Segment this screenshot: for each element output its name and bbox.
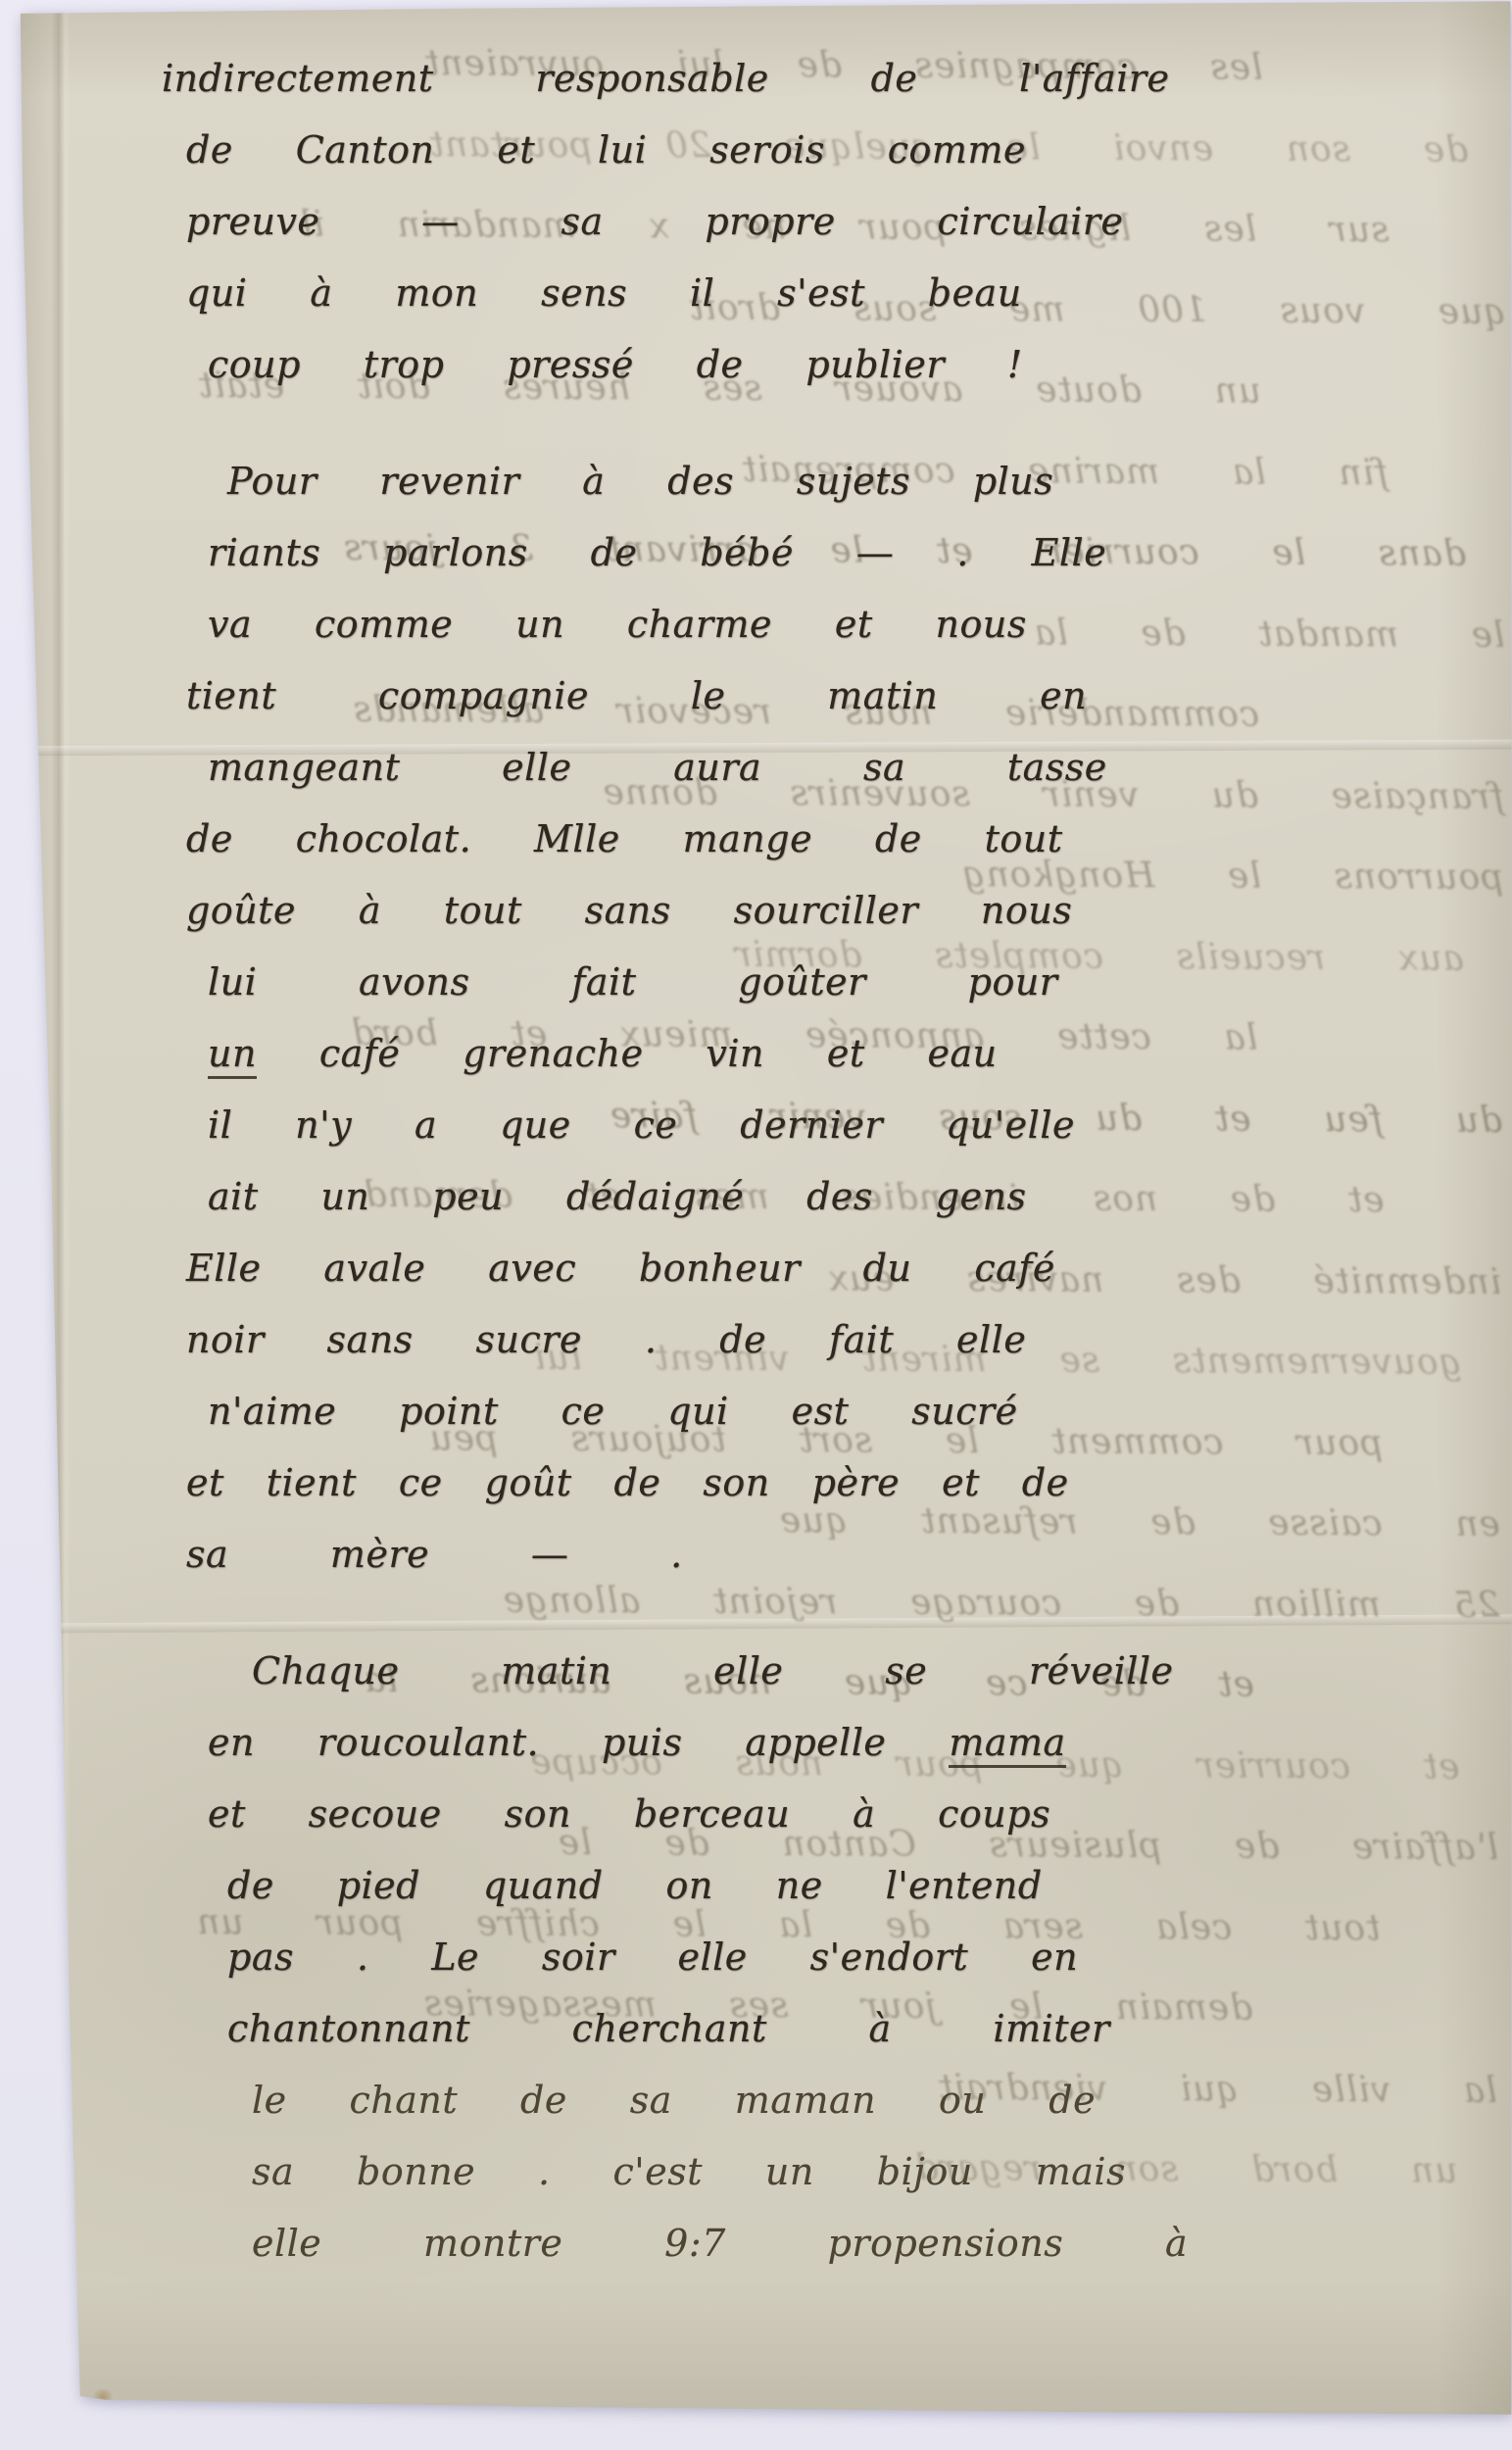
handwriting-line: Pour revenir à des sujets plus	[227, 446, 1512, 517]
scan-background: les compagnies de lui ouvraient de son e…	[0, 0, 1512, 2450]
handwriting-layer: indirectement responsable de l'affaire d…	[0, 43, 1512, 2279]
handwriting-line: pas . Le soir elle s'endort en	[227, 1922, 1512, 1993]
handwriting-line: coup trop pressé de publier !	[208, 329, 1512, 401]
underlined-word: un	[208, 1032, 257, 1079]
handwriting-line: sa bonne . c'est un bijou mais	[252, 2136, 1512, 2208]
handwriting-line: le chant de sa maman ou de	[252, 2065, 1512, 2136]
handwriting-line: elle montre 9:7 propensions à	[252, 2208, 1512, 2279]
handwriting-line: goûte à tout sans sourciller nous	[186, 875, 1512, 947]
handwriting-line: chantonnant cherchant à imiter	[227, 1993, 1512, 2065]
handwriting-line: Elle avale avec bonheur du café	[186, 1233, 1512, 1304]
handwriting-line: noir sans sucre . de fait elle	[186, 1304, 1512, 1376]
handwriting-line: un café grenache vin et eau	[208, 1018, 1512, 1090]
paragraph: Pour revenir à des sujets plus riants pa…	[0, 446, 1512, 1591]
paragraph: Chaque matin elle se réveille en roucoul…	[0, 1636, 1512, 2279]
handwriting-line: de Canton et lui serois comme	[186, 115, 1512, 186]
handwriting-line: en roucoulant. puis appelle mama	[208, 1707, 1512, 1779]
handwriting-line: indirectement responsable de l'affaire	[162, 43, 1512, 115]
handwriting-line: preuve — sa propre circulaire	[186, 186, 1512, 258]
handwriting-line: qui à mon sens il s'est beau	[186, 258, 1512, 329]
handwriting-line: lui avons fait goûter pour	[208, 947, 1512, 1018]
paper-stain	[90, 2389, 116, 2405]
handwriting-line: Chaque matin elle se réveille	[252, 1636, 1512, 1707]
letter-page: les compagnies de lui ouvraient de son e…	[0, 0, 1512, 2450]
handwriting-line: de pied quand on ne l'entend	[227, 1850, 1512, 1922]
handwriting-line: riants parlons de bébé — . Elle	[208, 517, 1512, 589]
handwriting-line: tient compagnie le matin en	[186, 661, 1512, 732]
handwriting-line: sa mère — .	[186, 1519, 1512, 1591]
handwriting-line-start: en roucoulant. puis appelle	[208, 1721, 949, 1764]
paper-shadow-wrap: les compagnies de lui ouvraient de son e…	[0, 0, 1512, 2450]
handwriting-line: il n'y a que ce dernier qu'elle	[208, 1090, 1512, 1161]
handwriting-line: n'aime point ce qui est sucré	[208, 1376, 1512, 1447]
handwriting-line: mangeant elle aura sa tasse	[208, 732, 1512, 804]
underlined-word: mama	[949, 1721, 1065, 1768]
handwriting-line: de chocolat. Mlle mange de tout	[186, 804, 1512, 875]
handwriting-line: et tient ce goût de son père et de	[186, 1447, 1512, 1519]
handwriting-line-rest: café grenache vin et eau	[257, 1032, 998, 1075]
handwriting-line: ait un peu dédaigné des gens	[208, 1161, 1512, 1233]
handwriting-line: et secoue son berceau à coups	[208, 1779, 1512, 1850]
paragraph: indirectement responsable de l'affaire d…	[0, 43, 1512, 401]
handwriting-line: va comme un charme et nous	[208, 589, 1512, 661]
